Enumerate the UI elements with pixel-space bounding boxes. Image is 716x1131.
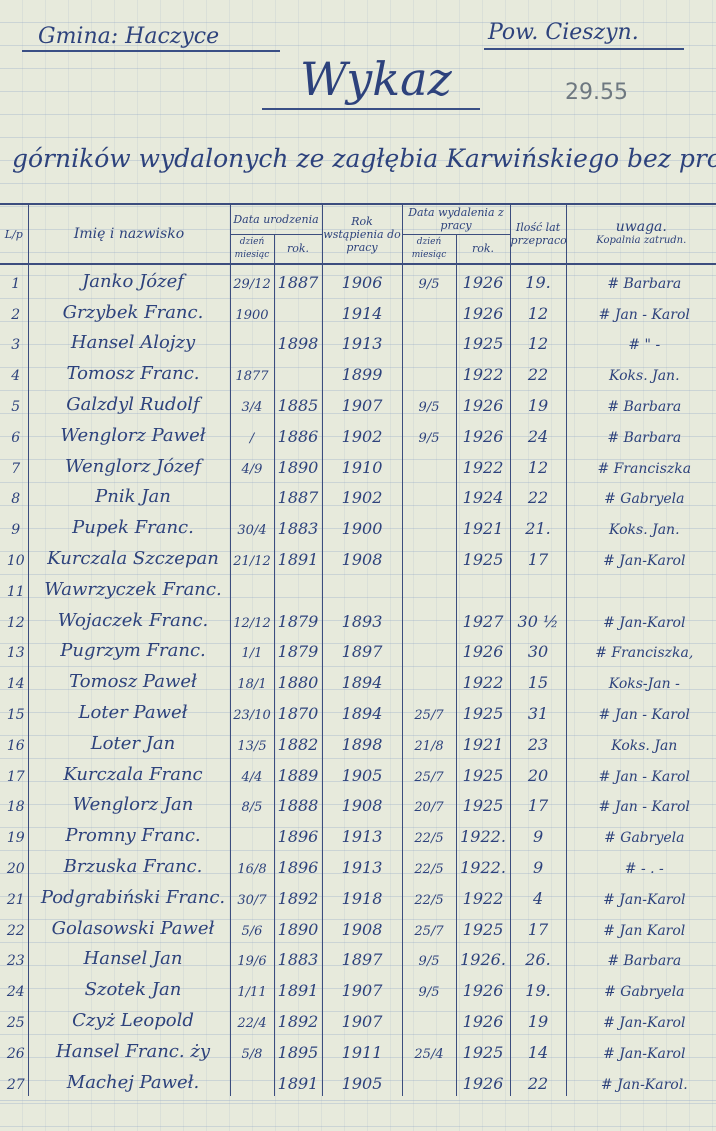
- dismissal-day-month-cell: 25/4: [402, 1034, 456, 1065]
- remarks-cell: Koks. Jan.: [566, 510, 716, 541]
- birth-year-cell: 1890: [274, 449, 322, 480]
- miner-name-cell: Machej Paweł.: [28, 1065, 230, 1096]
- remarks-cell: # Barbara: [566, 387, 716, 418]
- birth-year-cell: 1892: [274, 880, 322, 911]
- table-row: 18Wenglorz Jan8/51888190820/7192517# Jan…: [0, 788, 716, 819]
- birth-day-month-cell: 5/8: [230, 1034, 274, 1065]
- table-row: 21Podgrabiński Franc.30/71892191822/5192…: [0, 880, 716, 911]
- birth-year-cell: 1889: [274, 757, 322, 788]
- dismissal-day-month-cell: 25/7: [402, 757, 456, 788]
- miner-name-cell: Tomosz Paweł: [28, 664, 230, 695]
- dismissal-year-cell: 1921: [456, 726, 510, 757]
- years-worked-cell: 30 ½: [510, 603, 566, 634]
- dismissal-day-month-cell: [402, 510, 456, 541]
- row-number-cell: 27: [0, 1065, 28, 1096]
- table-row: 20Brzuska Franc.16/81896191322/51922.9# …: [0, 849, 716, 880]
- dismissal-day-month-cell: 25/7: [402, 911, 456, 942]
- years-worked-cell: 30: [510, 634, 566, 665]
- birth-year-cell: 1879: [274, 634, 322, 665]
- remarks-cell: # Jan - Karol: [566, 695, 716, 726]
- dismissal-day-month-cell: 22/5: [402, 880, 456, 911]
- birth-year-cell: [274, 295, 322, 326]
- remarks-cell: # Jan-Karol.: [566, 1065, 716, 1096]
- miner-name-cell: Pugrzym Franc.: [28, 634, 230, 665]
- miner-name-cell: Szotek Jan: [28, 972, 230, 1003]
- dismissal-day-month-cell: 22/5: [402, 849, 456, 880]
- col-header-name: Imię i nazwisko: [28, 204, 230, 264]
- row-number-cell: 9: [0, 510, 28, 541]
- dismissal-day-month-cell: [402, 603, 456, 634]
- col-header-birth-day-month: dzień miesiąc: [230, 234, 274, 264]
- remarks-cell: # Jan - Karol: [566, 757, 716, 788]
- remarks-cell: # Jan-Karol: [566, 541, 716, 572]
- table-row: 12Wojaczek Franc.12/1218791893192730 ½# …: [0, 603, 716, 634]
- start-year-cell: [322, 572, 402, 603]
- dismissal-day-month-cell: 25/7: [402, 695, 456, 726]
- col-header-dismissal-year: rok.: [456, 234, 510, 264]
- dismissal-year-cell: 1925: [456, 911, 510, 942]
- birth-year-cell: 1883: [274, 942, 322, 973]
- dismissal-year-cell: 1922: [456, 449, 510, 480]
- table-row: 10Kurczala Szczepan21/1218911908192517# …: [0, 541, 716, 572]
- dismissal-day-month-cell: [402, 572, 456, 603]
- start-year-cell: 1918: [322, 880, 402, 911]
- remarks-cell: # Gabryela: [566, 972, 716, 1003]
- row-number-cell: 15: [0, 695, 28, 726]
- years-worked-cell: 17: [510, 541, 566, 572]
- table-row: 27Machej Paweł.18911905192622# Jan-Karol…: [0, 1065, 716, 1096]
- birth-day-month-cell: 19/6: [230, 942, 274, 973]
- miner-name-cell: Loter Paweł: [28, 695, 230, 726]
- years-worked-cell: 9: [510, 849, 566, 880]
- years-worked-cell: 23: [510, 726, 566, 757]
- start-year-cell: 1900: [322, 510, 402, 541]
- years-worked-cell: 24: [510, 418, 566, 449]
- birth-year-cell: 1887: [274, 264, 322, 295]
- dismissal-day-month-cell: [402, 634, 456, 665]
- remarks-cell: # Gabryela: [566, 480, 716, 511]
- remarks-cell: # Gabryela: [566, 818, 716, 849]
- years-worked-cell: 9: [510, 818, 566, 849]
- miner-name-cell: Janko Józef: [28, 264, 230, 295]
- birth-day-month-cell: 16/8: [230, 849, 274, 880]
- birth-day-month-cell: 29/12: [230, 264, 274, 295]
- dismissal-year-cell: 1922: [456, 880, 510, 911]
- col-header-dismissal-date: Data wydalenia z pracy: [402, 204, 510, 234]
- years-worked-cell: 19: [510, 1003, 566, 1034]
- dismissal-day-month-cell: 20/7: [402, 788, 456, 819]
- dismissal-day-month-cell: [402, 541, 456, 572]
- birth-year-cell: 1890: [274, 911, 322, 942]
- birth-year-cell: 1883: [274, 510, 322, 541]
- powiat-underline: [484, 48, 684, 50]
- dismissal-day-month-cell: 21/8: [402, 726, 456, 757]
- remarks-cell: # Jan-Karol: [566, 1003, 716, 1034]
- table-row: 19Promny Franc.1896191322/51922.9# Gabry…: [0, 818, 716, 849]
- start-year-cell: 1905: [322, 757, 402, 788]
- miners-register-table: L/p Imię i nazwisko Data urodzenia Rok w…: [0, 203, 716, 1096]
- dismissal-year-cell: 1924: [456, 480, 510, 511]
- dismissal-year-cell: 1922.: [456, 818, 510, 849]
- table-row: 17Kurczala Franc4/41889190525/7192520# J…: [0, 757, 716, 788]
- birth-year-cell: 1896: [274, 818, 322, 849]
- table-row: 3Hansel Alojzy18981913192512# " -: [0, 326, 716, 357]
- remarks-cell: # Franciszka,: [566, 634, 716, 665]
- miner-name-cell: Galzdyl Rudolf: [28, 387, 230, 418]
- start-year-cell: 1907: [322, 972, 402, 1003]
- row-number-cell: 24: [0, 972, 28, 1003]
- dismissal-day-month-cell: [402, 326, 456, 357]
- row-number-cell: 5: [0, 387, 28, 418]
- dismissal-year-cell: 1926: [456, 634, 510, 665]
- remarks-cell: Koks. Jan: [566, 726, 716, 757]
- miner-name-cell: Hansel Alojzy: [28, 326, 230, 357]
- col-header-dismissal-day-month: dzień miesiąc: [402, 234, 456, 264]
- remarks-cell: # Barbara: [566, 418, 716, 449]
- miner-name-cell: Wawrzyczek Franc.: [28, 572, 230, 603]
- row-number-cell: 23: [0, 942, 28, 973]
- row-number-cell: 6: [0, 418, 28, 449]
- start-year-cell: 1897: [322, 634, 402, 665]
- table-row: 1Janko Józef29/12188719069/5192619.# Bar…: [0, 264, 716, 295]
- birth-day-month-cell: 4/4: [230, 757, 274, 788]
- dismissal-year-cell: 1927: [456, 603, 510, 634]
- years-worked-cell: 15: [510, 664, 566, 695]
- dismissal-year-cell: 1926: [456, 295, 510, 326]
- row-number-cell: 26: [0, 1034, 28, 1065]
- years-worked-cell: 4: [510, 880, 566, 911]
- row-number-cell: 17: [0, 757, 28, 788]
- start-year-cell: 1893: [322, 603, 402, 634]
- birth-day-month-cell: 3/4: [230, 387, 274, 418]
- row-number-cell: 10: [0, 541, 28, 572]
- birth-day-month-cell: [230, 480, 274, 511]
- miner-name-cell: Pnik Jan: [28, 480, 230, 511]
- remarks-cell: # Jan-Karol: [566, 603, 716, 634]
- table-row: 24Szotek Jan1/11189119079/5192619.# Gabr…: [0, 972, 716, 1003]
- start-year-cell: 1906: [322, 264, 402, 295]
- table-row: 6Wenglorz Paweł/188619029/5192624# Barba…: [0, 418, 716, 449]
- years-worked-cell: 14: [510, 1034, 566, 1065]
- birth-day-month-cell: 23/10: [230, 695, 274, 726]
- start-year-cell: 1894: [322, 695, 402, 726]
- dismissal-year-cell: 1925: [456, 541, 510, 572]
- table-row: 26Hansel Franc. ży5/81895191125/4192514#…: [0, 1034, 716, 1065]
- row-number-cell: 1: [0, 264, 28, 295]
- dismissal-year-cell: 1921: [456, 510, 510, 541]
- birth-year-cell: 1891: [274, 1065, 322, 1096]
- dismissal-year-cell: 1926: [456, 387, 510, 418]
- miner-name-cell: Kurczala Szczepan: [28, 541, 230, 572]
- dismissal-year-cell: 1926: [456, 1065, 510, 1096]
- birth-year-cell: 1880: [274, 664, 322, 695]
- dismissal-year-cell: 1925: [456, 1034, 510, 1065]
- years-worked-cell: [510, 572, 566, 603]
- document-title: Wykaz: [300, 52, 452, 106]
- start-year-cell: 1908: [322, 541, 402, 572]
- miner-name-cell: Tomosz Franc.: [28, 356, 230, 387]
- dismissal-year-cell: 1925: [456, 326, 510, 357]
- birth-day-month-cell: [230, 818, 274, 849]
- dismissal-day-month-cell: 9/5: [402, 264, 456, 295]
- row-number-cell: 14: [0, 664, 28, 695]
- col-header-remarks: uwaga. Kopalnia zatrudn.: [566, 204, 716, 264]
- years-worked-cell: 31: [510, 695, 566, 726]
- remarks-cell: # Franciszka: [566, 449, 716, 480]
- dismissal-day-month-cell: 22/5: [402, 818, 456, 849]
- remarks-cell: [566, 572, 716, 603]
- start-year-cell: 1914: [322, 295, 402, 326]
- years-worked-cell: 26.: [510, 942, 566, 973]
- miner-name-cell: Golasowski Paweł: [28, 911, 230, 942]
- remarks-cell: # " -: [566, 326, 716, 357]
- birth-day-month-cell: 30/4: [230, 510, 274, 541]
- dismissal-year-cell: 1922.: [456, 849, 510, 880]
- dismissal-year-cell: 1925: [456, 788, 510, 819]
- row-number-cell: 11: [0, 572, 28, 603]
- birth-day-month-cell: 21/12: [230, 541, 274, 572]
- years-worked-cell: 17: [510, 911, 566, 942]
- start-year-cell: 1899: [322, 356, 402, 387]
- birth-year-cell: 1895: [274, 1034, 322, 1065]
- birth-day-month-cell: [230, 572, 274, 603]
- miner-name-cell: Czyż Leopold: [28, 1003, 230, 1034]
- row-number-cell: 21: [0, 880, 28, 911]
- table-row: 23Hansel Jan19/6188318979/51926.26.# Bar…: [0, 942, 716, 973]
- years-worked-cell: 12: [510, 326, 566, 357]
- miner-name-cell: Kurczala Franc: [28, 757, 230, 788]
- birth-day-month-cell: 5/6: [230, 911, 274, 942]
- miner-name-cell: Hansel Jan: [28, 942, 230, 973]
- dismissal-day-month-cell: [402, 1065, 456, 1096]
- row-number-cell: 3: [0, 326, 28, 357]
- start-year-cell: 1911: [322, 1034, 402, 1065]
- start-year-cell: 1913: [322, 818, 402, 849]
- start-year-cell: 1898: [322, 726, 402, 757]
- table-row: 2Grzybek Franc.19001914192612# Jan - Kar…: [0, 295, 716, 326]
- miner-name-cell: Promny Franc.: [28, 818, 230, 849]
- col-header-years-worked: Ilość lat przepracowanych.: [510, 204, 566, 264]
- table-row: 25Czyż Leopold22/418921907192619# Jan-Ka…: [0, 1003, 716, 1034]
- table-row: 9Pupek Franc.30/418831900192121.Koks. Ja…: [0, 510, 716, 541]
- birth-day-month-cell: 1900: [230, 295, 274, 326]
- miner-name-cell: Wojaczek Franc.: [28, 603, 230, 634]
- birth-year-cell: 1886: [274, 418, 322, 449]
- birth-year-cell: 1891: [274, 972, 322, 1003]
- gmina-heading: Gmina: Haczyce: [38, 24, 219, 49]
- row-number-cell: 25: [0, 1003, 28, 1034]
- dismissal-year-cell: 1926: [456, 972, 510, 1003]
- start-year-cell: 1910: [322, 449, 402, 480]
- start-year-cell: 1913: [322, 849, 402, 880]
- table-row: 14Tomosz Paweł18/118801894192215Koks-Jan…: [0, 664, 716, 695]
- miner-name-cell: Wenglorz Józef: [28, 449, 230, 480]
- dismissal-year-cell: 1926: [456, 418, 510, 449]
- row-number-cell: 18: [0, 788, 28, 819]
- years-worked-cell: 19.: [510, 264, 566, 295]
- years-worked-cell: 12: [510, 449, 566, 480]
- years-worked-cell: 20: [510, 757, 566, 788]
- col-header-lp: L/p: [0, 204, 28, 264]
- remarks-cell: Koks-Jan -: [566, 664, 716, 695]
- dismissal-day-month-cell: [402, 480, 456, 511]
- row-number-cell: 12: [0, 603, 28, 634]
- title-underline: [262, 108, 480, 110]
- table-row: 15Loter Paweł23/101870189425/7192531# Ja…: [0, 695, 716, 726]
- birth-day-month-cell: 1/11: [230, 972, 274, 1003]
- table-row: 7Wenglorz Józef4/918901910192212# Franci…: [0, 449, 716, 480]
- start-year-cell: 1908: [322, 911, 402, 942]
- birth-year-cell: 1888: [274, 788, 322, 819]
- start-year-cell: 1897: [322, 942, 402, 973]
- row-number-cell: 7: [0, 449, 28, 480]
- table-row: 11Wawrzyczek Franc.: [0, 572, 716, 603]
- miner-name-cell: Podgrabiński Franc.: [28, 880, 230, 911]
- table-row: 8Pnik Jan18871902192422# Gabryela: [0, 480, 716, 511]
- dismissal-day-month-cell: [402, 664, 456, 695]
- birth-year-cell: 1896: [274, 849, 322, 880]
- row-number-cell: 2: [0, 295, 28, 326]
- dismissal-year-cell: 1926: [456, 1003, 510, 1034]
- start-year-cell: 1894: [322, 664, 402, 695]
- dismissal-year-cell: 1922: [456, 356, 510, 387]
- row-number-cell: 13: [0, 634, 28, 665]
- table-row: 22Golasowski Paweł5/61890190825/7192517#…: [0, 911, 716, 942]
- remarks-cell: # Jan - Karol: [566, 295, 716, 326]
- birth-year-cell: 1870: [274, 695, 322, 726]
- birth-year-cell: 1892: [274, 1003, 322, 1034]
- remarks-cell: # Barbara: [566, 264, 716, 295]
- years-worked-cell: 22: [510, 480, 566, 511]
- dismissal-year-cell: 1926.: [456, 942, 510, 973]
- row-number-cell: 16: [0, 726, 28, 757]
- years-worked-cell: 12: [510, 295, 566, 326]
- col-header-birth-date: Data urodzenia: [230, 204, 322, 234]
- birth-year-cell: [274, 356, 322, 387]
- birth-year-cell: 1882: [274, 726, 322, 757]
- dismissal-year-cell: 1925: [456, 757, 510, 788]
- birth-year-cell: [274, 572, 322, 603]
- birth-day-month-cell: 30/7: [230, 880, 274, 911]
- table-row: 4Tomosz Franc.18771899192222Koks. Jan.: [0, 356, 716, 387]
- years-worked-cell: 22: [510, 356, 566, 387]
- remarks-subtitle: Kopalnia zatrudn.: [567, 234, 716, 247]
- pencil-annotation: 29.55: [565, 80, 628, 105]
- birth-day-month-cell: 8/5: [230, 788, 274, 819]
- row-number-cell: 4: [0, 356, 28, 387]
- table-row: 5Galzdyl Rudolf3/4188519079/5192619# Bar…: [0, 387, 716, 418]
- table-row: 16Loter Jan13/51882189821/8192123Koks. J…: [0, 726, 716, 757]
- birth-year-cell: 1891: [274, 541, 322, 572]
- birth-day-month-cell: 18/1: [230, 664, 274, 695]
- birth-year-cell: 1879: [274, 603, 322, 634]
- years-worked-cell: 21.: [510, 510, 566, 541]
- dismissal-year-cell: 1925: [456, 695, 510, 726]
- miner-name-cell: Wenglorz Jan: [28, 788, 230, 819]
- col-header-start-year: Rok wstąpienia do pracy: [322, 204, 402, 264]
- birth-day-month-cell: 12/12: [230, 603, 274, 634]
- birth-day-month-cell: 13/5: [230, 726, 274, 757]
- remarks-cell: # - . -: [566, 849, 716, 880]
- years-worked-cell: 22: [510, 1065, 566, 1096]
- miner-name-cell: Brzuska Franc.: [28, 849, 230, 880]
- years-worked-cell: 19.: [510, 972, 566, 1003]
- dismissal-year-cell: 1926: [456, 264, 510, 295]
- remarks-cell: # Barbara: [566, 942, 716, 973]
- start-year-cell: 1902: [322, 480, 402, 511]
- start-year-cell: 1902: [322, 418, 402, 449]
- birth-day-month-cell: 1877: [230, 356, 274, 387]
- birth-day-month-cell: 4/9: [230, 449, 274, 480]
- dismissal-day-month-cell: 9/5: [402, 387, 456, 418]
- miner-name-cell: Loter Jan: [28, 726, 230, 757]
- table-row: 13Pugrzym Franc.1/118791897192630# Franc…: [0, 634, 716, 665]
- dismissal-day-month-cell: [402, 449, 456, 480]
- dismissal-day-month-cell: 9/5: [402, 418, 456, 449]
- document-subtitle: górników wydalonych ze zagłębia Karwińsk…: [12, 144, 716, 173]
- miner-name-cell: Grzybek Franc.: [28, 295, 230, 326]
- dismissal-year-cell: [456, 572, 510, 603]
- dismissal-day-month-cell: [402, 295, 456, 326]
- ruled-line: [0, 1100, 716, 1101]
- birth-day-month-cell: [230, 326, 274, 357]
- remarks-title: uwaga.: [567, 221, 716, 234]
- dismissal-day-month-cell: 9/5: [402, 972, 456, 1003]
- row-number-cell: 19: [0, 818, 28, 849]
- birth-year-cell: 1885: [274, 387, 322, 418]
- start-year-cell: 1907: [322, 1003, 402, 1034]
- col-header-birth-year: rok.: [274, 234, 322, 264]
- miner-name-cell: Hansel Franc. ży: [28, 1034, 230, 1065]
- dismissal-year-cell: 1922: [456, 664, 510, 695]
- birth-day-month-cell: 22/4: [230, 1003, 274, 1034]
- years-worked-cell: 19: [510, 387, 566, 418]
- row-number-cell: 20: [0, 849, 28, 880]
- birth-day-month-cell: [230, 1065, 274, 1096]
- remarks-cell: # Jan-Karol: [566, 1034, 716, 1065]
- miner-name-cell: Wenglorz Paweł: [28, 418, 230, 449]
- row-number-cell: 8: [0, 480, 28, 511]
- birth-year-cell: 1887: [274, 480, 322, 511]
- start-year-cell: 1907: [322, 387, 402, 418]
- remarks-cell: # Jan-Karol: [566, 880, 716, 911]
- start-year-cell: 1913: [322, 326, 402, 357]
- remarks-cell: # Jan Karol: [566, 911, 716, 942]
- powiat-heading: Pow. Cieszyn.: [488, 20, 639, 45]
- remarks-cell: # Jan - Karol: [566, 788, 716, 819]
- start-year-cell: 1908: [322, 788, 402, 819]
- start-year-cell: 1905: [322, 1065, 402, 1096]
- remarks-cell: Koks. Jan.: [566, 356, 716, 387]
- dismissal-day-month-cell: 9/5: [402, 942, 456, 973]
- row-number-cell: 22: [0, 911, 28, 942]
- years-worked-cell: 17: [510, 788, 566, 819]
- dismissal-day-month-cell: [402, 356, 456, 387]
- dismissal-day-month-cell: [402, 1003, 456, 1034]
- birth-year-cell: 1898: [274, 326, 322, 357]
- birth-day-month-cell: 1/1: [230, 634, 274, 665]
- gmina-underline: [22, 50, 280, 52]
- miner-name-cell: Pupek Franc.: [28, 510, 230, 541]
- birth-day-month-cell: /: [230, 418, 274, 449]
